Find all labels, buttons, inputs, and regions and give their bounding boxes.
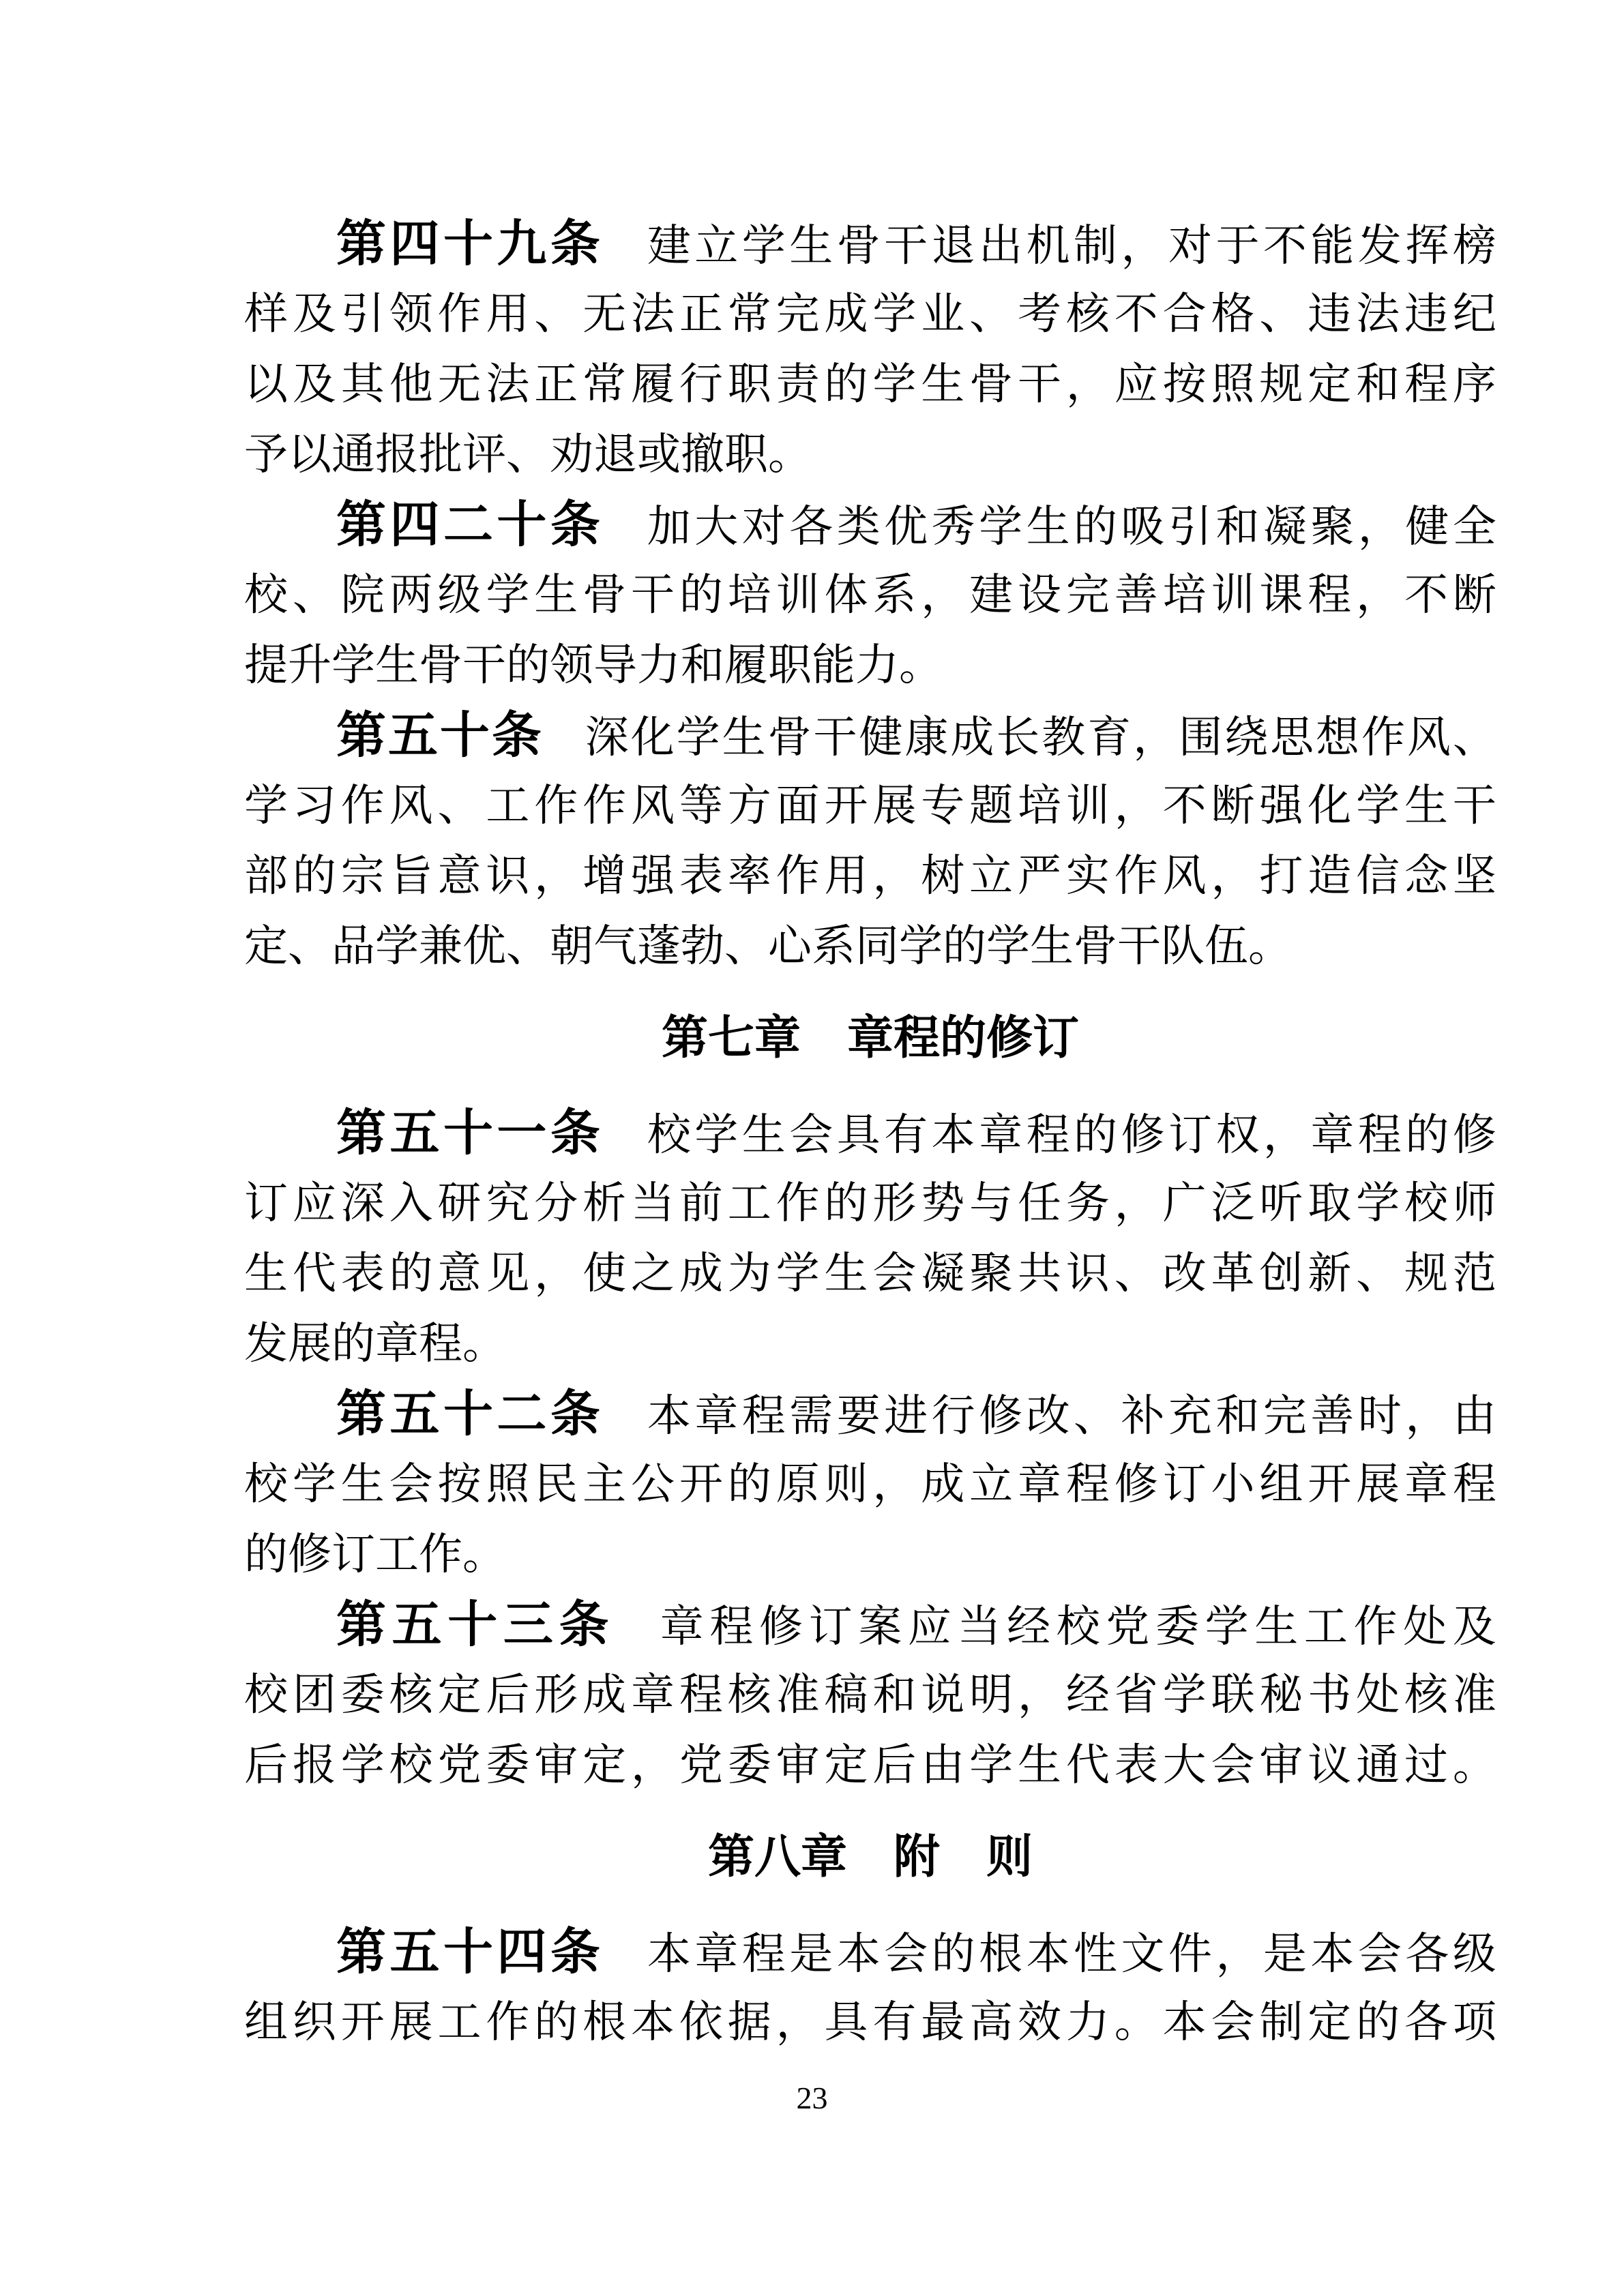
text-line: 的修订工作。: [244, 1519, 1496, 1590]
article-54: 第五十四条本章程是本会的根本性文件，是本会各级组织开展工作的根本依据，具有最高效…: [244, 1917, 1496, 2057]
chapter-7-heading: 第七章 章程的修订: [244, 1003, 1496, 1073]
text-line: 定、品学兼优、朝气蓬勃、心系同学的学生骨干队伍。: [244, 911, 1496, 981]
text-line: 订应深入研究分析当前工作的形势与任务，广泛听取学校师: [244, 1168, 1496, 1238]
text-line: 第五十一条校学生会具有本章程的修订权，章程的修: [244, 1098, 1496, 1168]
text-line: 样及引领作用、无法正常完成学业、考核不合格、违法违纪: [244, 279, 1496, 349]
article-53: 第五十三条章程修订案应当经校党委学生工作处及校团委核定后形成章程核准稿和说明，经…: [244, 1590, 1496, 1800]
text-line: 学习作风、工作作风等方面开展专题培训，不断强化学生干: [244, 771, 1496, 841]
article-51: 第五十一条校学生会具有本章程的修订权，章程的修订应深入研究分析当前工作的形势与任…: [244, 1098, 1496, 1379]
text-line: 第五十三条章程修订案应当经校党委学生工作处及: [244, 1590, 1496, 1660]
article-420: 第四二十条加大对各类优秀学生的吸引和凝聚，健全校、院两级学生骨干的培训体系，建设…: [244, 490, 1496, 700]
text-line: 以及其他无法正常履行职责的学生骨干，应按照规定和程序: [244, 349, 1496, 419]
text-line: 发展的章程。: [244, 1309, 1496, 1379]
text-line: 校团委核定后形成章程核准稿和说明，经省学联秘书处核准: [244, 1660, 1496, 1730]
text-line: 第五十四条本章程是本会的根本性文件，是本会各级: [244, 1917, 1496, 1987]
article-52: 第五十二条本章程需要进行修改、补充和完善时，由校学生会按照民主公开的原则，成立章…: [244, 1379, 1496, 1590]
document-page: 第四十九条建立学生骨干退出机制，对于不能发挥榜样及引领作用、无法正常完成学业、考…: [0, 0, 1624, 2296]
text-line: 校学生会按照民主公开的原则，成立章程修订小组开展章程: [244, 1449, 1496, 1519]
text-line: 生代表的意见，使之成为学生会凝聚共识、改革创新、规范: [244, 1238, 1496, 1309]
text-line: 第五十条深化学生骨干健康成长教育，围绕思想作风、: [244, 700, 1496, 771]
text-line: 后报学校党委审定，党委审定后由学生代表大会审议通过。: [244, 1730, 1496, 1800]
text-line: 校、院两级学生骨干的培训体系，建设完善培训课程，不断: [244, 560, 1496, 630]
text-line: 予以通报批评、劝退或撤职。: [244, 419, 1496, 490]
page-number: 23: [0, 2080, 1624, 2116]
text-line: 提升学生骨干的领导力和履职能力。: [244, 630, 1496, 700]
chapter-8-heading: 第八章 附 则: [244, 1822, 1496, 1892]
text-line: 组织开展工作的根本依据，具有最高效力。本会制定的各项: [244, 1987, 1496, 2057]
article-50: 第五十条深化学生骨干健康成长教育，围绕思想作风、学习作风、工作作风等方面开展专题…: [244, 700, 1496, 981]
text-line: 第四十九条建立学生骨干退出机制，对于不能发挥榜: [244, 209, 1496, 279]
document-content: 第四十九条建立学生骨干退出机制，对于不能发挥榜样及引领作用、无法正常完成学业、考…: [244, 209, 1496, 2057]
text-line: 第五十二条本章程需要进行修改、补充和完善时，由: [244, 1379, 1496, 1449]
text-line: 第四二十条加大对各类优秀学生的吸引和凝聚，健全: [244, 490, 1496, 560]
article-49: 第四十九条建立学生骨干退出机制，对于不能发挥榜样及引领作用、无法正常完成学业、考…: [244, 209, 1496, 490]
text-line: 部的宗旨意识，增强表率作用，树立严实作风，打造信念坚: [244, 841, 1496, 911]
